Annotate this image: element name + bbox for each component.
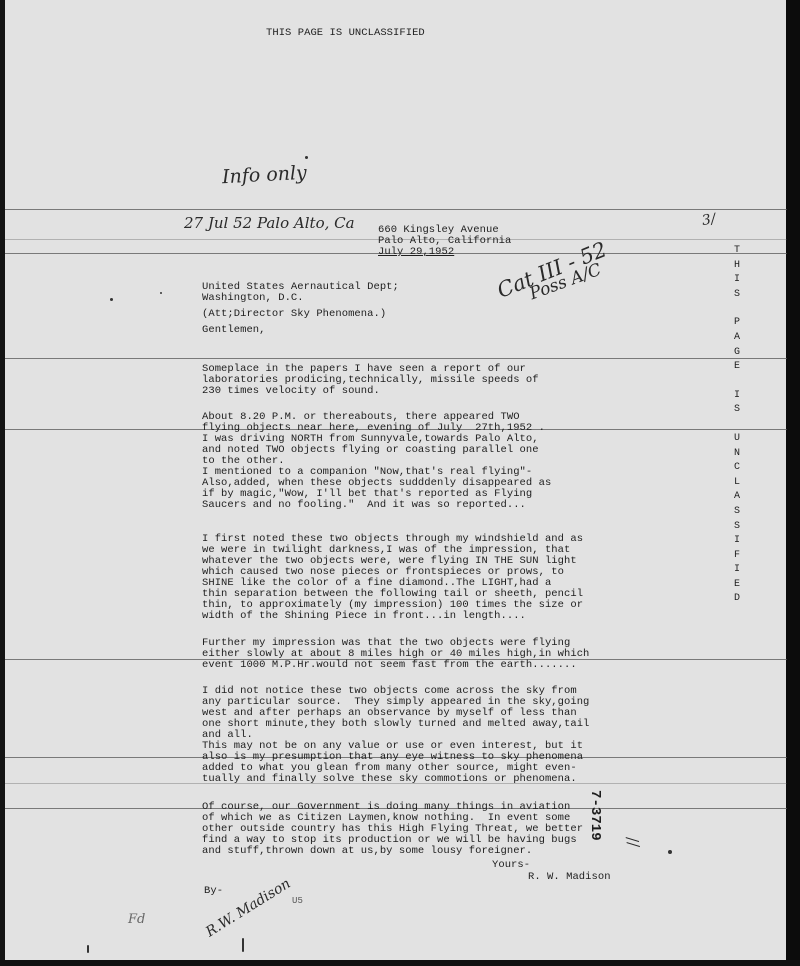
scan-speck	[305, 156, 308, 159]
handwritten-filed: Fd	[128, 912, 145, 927]
side-stamp-letter	[731, 418, 743, 432]
body-line: 230 times velocity of sound.	[202, 386, 380, 397]
side-stamp-letter: G	[731, 346, 743, 361]
side-stamp-letter: H	[731, 259, 743, 274]
side-stamp-letter: E	[731, 360, 743, 375]
body-line: event 1000 M.P.Hr.would not seem fast fr…	[202, 660, 577, 671]
side-stamp-letter: E	[731, 578, 743, 593]
scan-speck	[87, 945, 89, 953]
side-stamp-letter: U	[731, 432, 743, 447]
closing: Yours-	[492, 860, 530, 871]
typed-signature: R. W. Madison	[528, 872, 611, 883]
side-stamp-letter: I	[731, 534, 743, 549]
side-stamp-letter: N	[731, 447, 743, 462]
body-line: tually and finally solve these sky commo…	[202, 774, 577, 785]
side-stamp-letter: I	[731, 389, 743, 404]
body-line: one short minute,they both slowly turned…	[202, 719, 589, 730]
side-stamp-letter: D	[731, 592, 743, 607]
side-stamp-letter: P	[731, 316, 743, 331]
scan-edge-right	[786, 0, 800, 966]
body-line: width of the Shining Piece in front...in…	[202, 611, 526, 622]
side-stamp-letter: I	[731, 563, 743, 578]
side-stamp-letter	[731, 375, 743, 389]
attention-line: (Att;Director Sky Phenomena.)	[202, 309, 386, 320]
scan-rule	[5, 209, 787, 210]
side-stamp-letter: S	[731, 288, 743, 303]
side-stamp-letter: F	[731, 549, 743, 564]
scan-speck	[668, 850, 672, 854]
side-stamp-letter: S	[731, 520, 743, 535]
side-stamp-letter: A	[731, 490, 743, 505]
side-stamp-letter	[731, 302, 743, 316]
by-label: By-	[204, 886, 223, 897]
classification-header: THIS PAGE IS UNCLASSIFIED	[266, 28, 425, 39]
letter-date: July 29,1952	[378, 247, 454, 258]
handwritten-info-only: Info only	[221, 162, 307, 188]
body-line: Saucers and no fooling." And it was so r…	[202, 500, 526, 511]
scan-speck	[160, 292, 162, 294]
side-stamp-letter: S	[731, 403, 743, 418]
side-stamp-letter: C	[731, 461, 743, 476]
body-line: and stuff,thrown down at us,by some lous…	[202, 846, 532, 857]
file-number-stamp: 7-3719	[589, 790, 600, 841]
side-stamp-letter: S	[731, 505, 743, 520]
side-stamp-letter: T	[731, 244, 743, 259]
recipient-line-2: Washington, D.C.	[202, 293, 304, 304]
scan-edge-bottom	[0, 960, 800, 966]
scan-edge-left	[0, 0, 5, 966]
side-classification-stamp: THISPAGEISUNCLASSIFIED	[731, 244, 743, 607]
side-stamp-letter: L	[731, 476, 743, 491]
scan-rule	[5, 358, 787, 359]
side-stamp-letter: I	[731, 273, 743, 288]
salutation: Gentlemen,	[202, 325, 266, 336]
scan-speck	[242, 938, 244, 952]
side-stamp-letter: A	[731, 331, 743, 346]
scan-speck	[110, 298, 113, 301]
handwritten-margin-mark: 3/	[701, 211, 717, 229]
by-mark: U5	[292, 896, 303, 907]
handwritten-date-place: 27 Jul 52 Palo Alto, Ca	[184, 214, 355, 232]
